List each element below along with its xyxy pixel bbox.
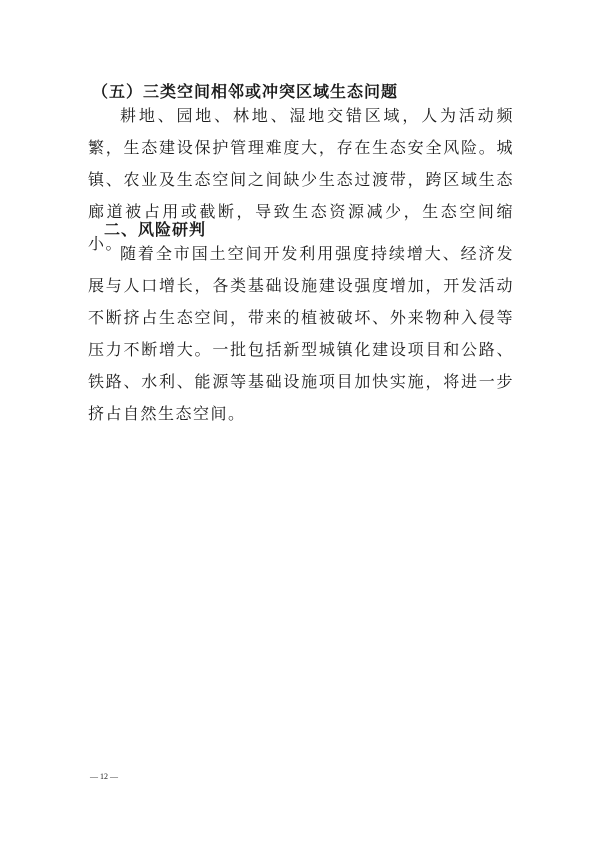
- section-heading: 二、风险研判: [104, 217, 206, 240]
- document-page: （五）三类空间相邻或冲突区域生态问题 耕地、园地、林地、湿地交错区域，人为活动频…: [0, 0, 600, 848]
- paragraph-risk-assessment: 随着全市国土空间开发利用强度持续增大、经济发展与人口增长，各类基础设施建设强度增…: [88, 238, 514, 430]
- subsection-heading: （五）三类空间相邻或冲突区域生态问题: [92, 79, 398, 102]
- page-number: — 12 —: [90, 772, 118, 781]
